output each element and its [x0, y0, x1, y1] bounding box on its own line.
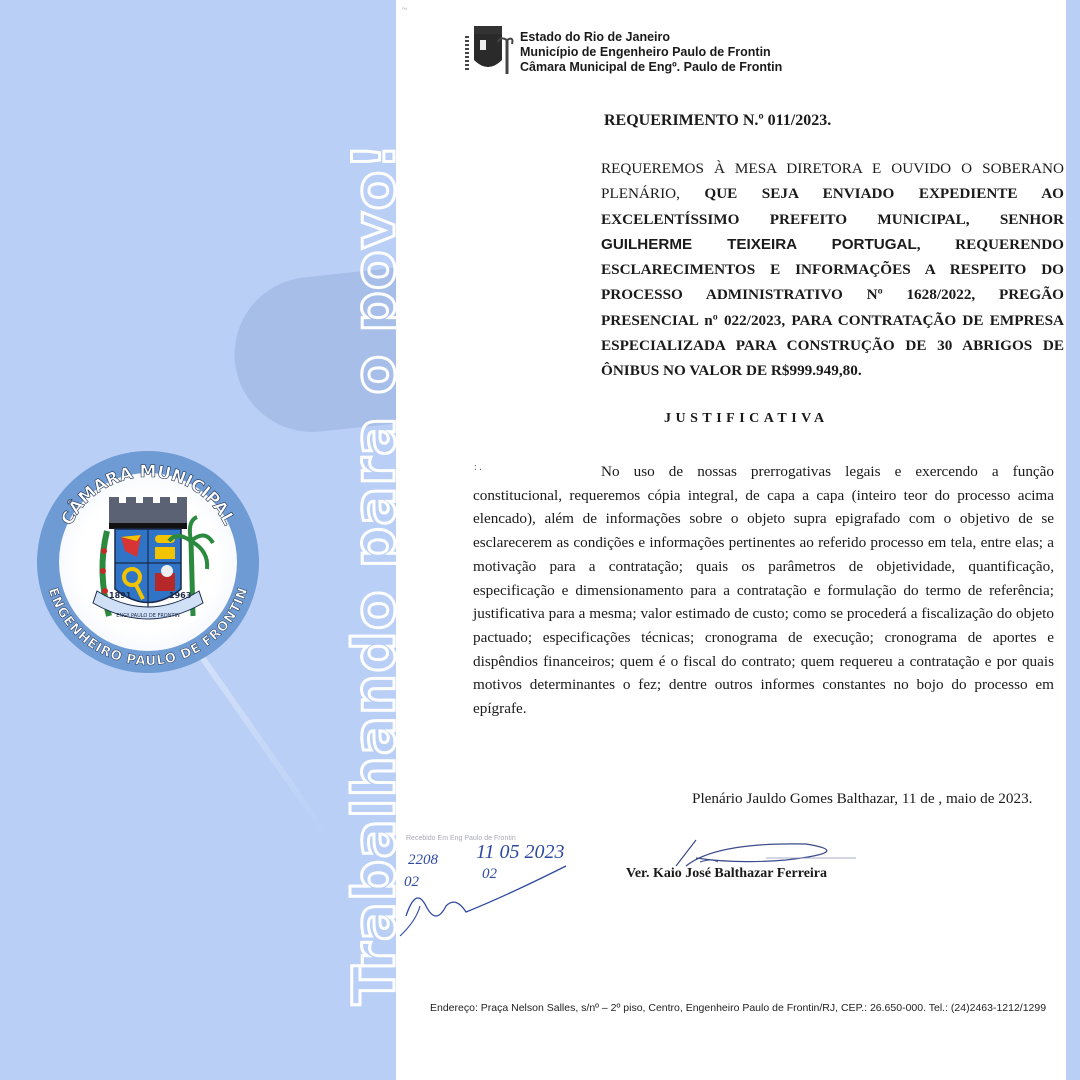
camara-emblem: CÂMARA MUNICIPAL ENGENHEIRO PAULO DE FRO… [37, 451, 259, 673]
date-line: Plenário Jauldo Gomes Balthazar, 11 de ,… [692, 790, 1032, 808]
header-state: Estado do Rio de Janeiro [520, 30, 782, 45]
document-page: ~ Estado do Rio de Janeiro Município de … [396, 0, 1066, 1080]
protocol-stamp: Recebido Em Eng Paulo de Frontin 2208 11… [396, 826, 616, 946]
document-title: REQUERIMENTO N.º 011/2023. [604, 112, 831, 130]
document-footer-address: Endereço: Praça Nelson Salles, s/nº – 2º… [430, 1000, 1050, 1016]
header-chamber: Câmara Municipal de Engº. Paulo de Front… [520, 60, 782, 75]
background-panel: CÂMARA MUNICIPAL ENGENHEIRO PAULO DE FRO… [0, 0, 396, 1080]
signer-name: Ver. Kaio José Balthazar Ferreira [626, 866, 827, 882]
justification-paragraph: No uso de nossas prerrogativas legais e … [473, 460, 1054, 721]
coat-of-arms-icon: CÂMARA MUNICIPAL ENGENHEIRO PAULO DE FRO… [37, 451, 259, 673]
document-header: Estado do Rio de Janeiro Município de En… [462, 24, 782, 80]
year-left: 1891 [109, 591, 132, 600]
year-right: 1963 [169, 591, 191, 600]
justification-heading: JUSTIFICATIVA [664, 411, 829, 427]
scan-mark: ~ [402, 4, 407, 15]
stamp-folhas: 02 [404, 874, 420, 890]
stamp-date: 11 05 2023 [476, 841, 565, 863]
mayor-name: GUILHERME TEIXEIRA PORTUGAL [601, 236, 917, 253]
stamp-fls: 02 [482, 866, 498, 882]
right-border-strip [1066, 0, 1080, 1080]
request-paragraph: REQUEREMOS À MESA DIRETORA E OUVIDO O SO… [601, 156, 1064, 384]
stamp-protocol: 2208 [408, 852, 439, 868]
emblem-ribbon-text: ENGº PAULO DE FRONTIN [116, 613, 180, 619]
request-details: , REQUERENDO ESCLARECIMENTOS E INFORMAÇÕ… [601, 236, 1064, 379]
header-municipality: Município de Engenheiro Paulo de Frontin [520, 45, 782, 60]
municipal-crest-icon [462, 24, 514, 80]
